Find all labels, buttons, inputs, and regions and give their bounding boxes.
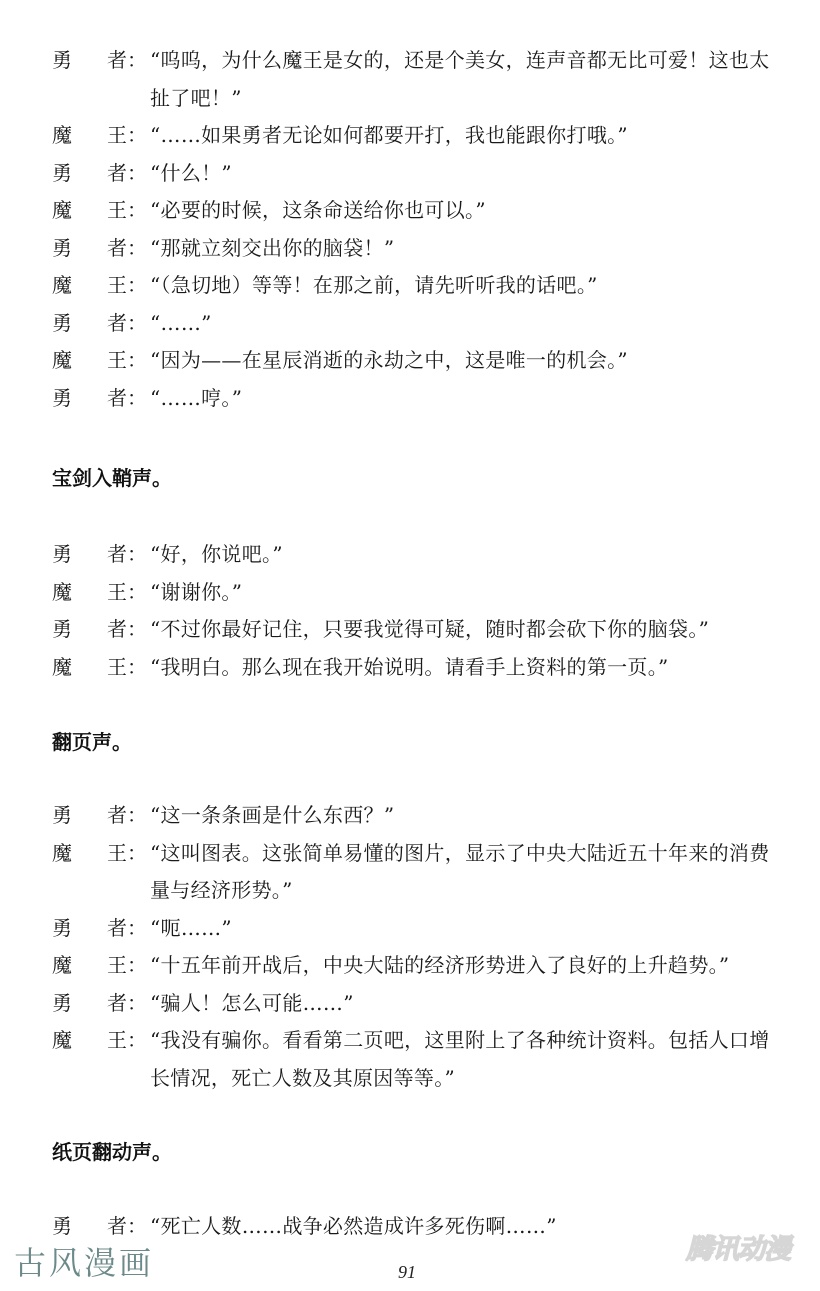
speaker-colon: ： (127, 797, 147, 835)
speaker-colon: ： (127, 611, 147, 649)
dialogue-line: 魔 王 ： “（急切地）等等！在那之前，请先听听我的话吧。” (52, 267, 782, 305)
dialogue-line-continuation: 量与经济形势。” (52, 872, 782, 910)
dialogue-line: 魔 王 ： “这叫图表。这张简单易懂的图片，显示了中央大陆近五十年来的消费 (52, 835, 782, 873)
dialogue-line: 勇 者 ： “不过你最好记住，只要我觉得可疑，随时都会砍下你的脑袋。” (52, 611, 782, 649)
speaker-char-2: 者 (107, 42, 127, 80)
speaker-char-1: 魔 (52, 947, 72, 985)
speaker-char-1: 勇 (52, 611, 72, 649)
dialogue-line: 魔 王 ： “因为——在星辰消逝的永劫之中，这是唯一的机会。” (52, 342, 782, 380)
dialogue-text: “我没有骗你。看看第二页吧，这里附上了各种统计资料。包括人口增 (150, 1022, 770, 1060)
speaker-char-1: 魔 (52, 574, 72, 612)
dialogue-line-continuation: 长情况，死亡人数及其原因等等。” (52, 1060, 782, 1098)
dialogue-text: “因为——在星辰消逝的永劫之中，这是唯一的机会。” (150, 342, 628, 380)
speaker-colon: ： (127, 835, 147, 873)
dialogue-line: 魔 王 ： “我明白。那么现在我开始说明。请看手上资料的第一页。” (52, 649, 782, 687)
page-number: 91 (398, 1262, 416, 1283)
speaker-char-2: 王 (107, 342, 127, 380)
speaker-char-1: 勇 (52, 380, 72, 418)
speaker-char-1: 勇 (52, 797, 72, 835)
speaker-char-2: 者 (107, 536, 127, 574)
dialogue-block-1: 勇 者 ： “呜呜，为什么魔王是女的，还是个美女，连声音都无比可爱！这也太 扯了… (52, 42, 782, 417)
dialogue-text: “死亡人数……战争必然造成许多死伤啊……” (150, 1208, 557, 1246)
speaker-char-2: 王 (107, 649, 127, 687)
dialogue-text: “……” (150, 305, 212, 343)
dialogue-text: “……如果勇者无论如何都要开打，我也能跟你打哦。” (150, 117, 628, 155)
speaker-char-1: 魔 (52, 1022, 72, 1060)
speaker-char-1: 魔 (52, 117, 72, 155)
speaker-char-2: 王 (107, 117, 127, 155)
speaker-char-1: 勇 (52, 305, 72, 343)
speaker-colon: ： (127, 342, 147, 380)
dialogue-line: 魔 王 ： “十五年前开战后，中央大陆的经济形势进入了良好的上升趋势。” (52, 947, 782, 985)
dialogue-text: 长情况，死亡人数及其原因等等。” (150, 1060, 455, 1098)
speaker-char-2: 者 (107, 155, 127, 193)
speaker-char-1: 勇 (52, 910, 72, 948)
speaker-colon: ： (127, 42, 147, 80)
speaker-colon: ： (127, 305, 147, 343)
dialogue-text: “……哼。” (150, 380, 242, 418)
speaker-colon: ： (127, 985, 147, 1023)
speaker-colon: ： (127, 947, 147, 985)
dialogue-text: “那就立刻交出你的脑袋！” (150, 230, 394, 268)
dialogue-line: 勇 者 ： “……哼。” (52, 380, 782, 418)
speaker-char-1: 魔 (52, 267, 72, 305)
dialogue-text: 量与经济形势。” (150, 872, 293, 910)
speaker-char-1: 魔 (52, 342, 72, 380)
dialogue-line: 勇 者 ： “什么！” (52, 155, 782, 193)
speaker-char-1: 魔 (52, 192, 72, 230)
dialogue-line: 魔 王 ： “……如果勇者无论如何都要开打，我也能跟你打哦。” (52, 117, 782, 155)
speaker-colon: ： (127, 230, 147, 268)
speaker-char-2: 王 (107, 574, 127, 612)
speaker-colon: ： (127, 1208, 147, 1246)
dialogue-text: “不过你最好记住，只要我觉得可疑，随时都会砍下你的脑袋。” (150, 611, 709, 649)
speaker-char-2: 王 (107, 192, 127, 230)
speaker-char-1: 勇 (52, 985, 72, 1023)
dialogue-line: 魔 王 ： “谢谢你。” (52, 574, 782, 612)
speaker-char-1: 魔 (52, 649, 72, 687)
speaker-colon: ： (127, 910, 147, 948)
dialogue-text: “十五年前开战后，中央大陆的经济形势进入了良好的上升趋势。” (150, 947, 729, 985)
speaker-char-2: 王 (107, 835, 127, 873)
speaker-char-2: 者 (107, 230, 127, 268)
sound-effect-heading: 翻页声。 (52, 728, 132, 756)
speaker-char-1: 勇 (52, 42, 72, 80)
dialogue-text: “呃……” (150, 910, 232, 948)
watermark-gufeng-manhua: 古风漫画 (14, 1243, 154, 1283)
speaker-char-1: 勇 (52, 536, 72, 574)
dialogue-text: “好，你说吧。” (150, 536, 283, 574)
speaker-char-1: 勇 (52, 155, 72, 193)
dialogue-block-2: 勇 者 ： “好，你说吧。” 魔 王 ： “谢谢你。” 勇 者 ： “不过你最好… (52, 536, 782, 686)
dialogue-text: “呜呜，为什么魔王是女的，还是个美女，连声音都无比可爱！这也太 (150, 42, 770, 80)
watermark-tencent-comics: 腾讯动漫 (672, 1233, 804, 1267)
dialogue-line: 勇 者 ： “……” (52, 305, 782, 343)
speaker-colon: ： (127, 574, 147, 612)
dialogue-line: 勇 者 ： “那就立刻交出你的脑袋！” (52, 230, 782, 268)
dialogue-line: 魔 王 ： “必要的时候，这条命送给你也可以。” (52, 192, 782, 230)
dialogue-line: 勇 者 ： “这一条条画是什么东西？” (52, 797, 782, 835)
speaker-colon: ： (127, 1022, 147, 1060)
speaker-colon: ： (127, 117, 147, 155)
book-page: 勇 者 ： “呜呜，为什么魔王是女的，还是个美女，连声音都无比可爱！这也太 扯了… (0, 0, 820, 1291)
speaker-char-2: 王 (107, 947, 127, 985)
dialogue-line-continuation: 扯了吧！” (52, 80, 782, 118)
speaker-colon: ： (127, 192, 147, 230)
dialogue-text: “骗人！怎么可能……” (150, 985, 354, 1023)
dialogue-text: 扯了吧！” (150, 80, 242, 118)
speaker-char-2: 者 (107, 1208, 127, 1246)
sound-effect-heading: 纸页翻动声。 (52, 1138, 172, 1166)
speaker-char-2: 者 (107, 305, 127, 343)
speaker-char-2: 王 (107, 267, 127, 305)
speaker-char-2: 者 (107, 797, 127, 835)
speaker-char-1: 勇 (52, 1208, 72, 1246)
dialogue-text: “什么！” (150, 155, 232, 193)
dialogue-line: 勇 者 ： “呜呜，为什么魔王是女的，还是个美女，连声音都无比可爱！这也太 (52, 42, 782, 80)
dialogue-line: 勇 者 ： “骗人！怎么可能……” (52, 985, 782, 1023)
dialogue-line: 勇 者 ： “呃……” (52, 910, 782, 948)
speaker-colon: ： (127, 380, 147, 418)
speaker-char-1: 勇 (52, 230, 72, 268)
speaker-char-1: 魔 (52, 835, 72, 873)
speaker-char-2: 者 (107, 611, 127, 649)
speaker-colon: ： (127, 536, 147, 574)
dialogue-line: 魔 王 ： “我没有骗你。看看第二页吧，这里附上了各种统计资料。包括人口增 (52, 1022, 782, 1060)
dialogue-text: “这一条条画是什么东西？” (150, 797, 394, 835)
dialogue-line: 勇 者 ： “好，你说吧。” (52, 536, 782, 574)
dialogue-text: “必要的时候，这条命送给你也可以。” (150, 192, 486, 230)
dialogue-text: “这叫图表。这张简单易懂的图片，显示了中央大陆近五十年来的消费 (150, 835, 770, 873)
speaker-char-2: 者 (107, 910, 127, 948)
speaker-char-2: 者 (107, 380, 127, 418)
speaker-colon: ： (127, 155, 147, 193)
dialogue-text: “我明白。那么现在我开始说明。请看手上资料的第一页。” (150, 649, 669, 687)
speaker-colon: ： (127, 267, 147, 305)
dialogue-text: “（急切地）等等！在那之前，请先听听我的话吧。” (150, 267, 598, 305)
sound-effect-heading: 宝剑入鞘声。 (52, 464, 172, 492)
dialogue-text: “谢谢你。” (150, 574, 242, 612)
speaker-colon: ： (127, 649, 147, 687)
speaker-char-2: 王 (107, 1022, 127, 1060)
speaker-char-2: 者 (107, 985, 127, 1023)
dialogue-block-3: 勇 者 ： “这一条条画是什么东西？” 魔 王 ： “这叫图表。这张简单易懂的图… (52, 797, 782, 1097)
